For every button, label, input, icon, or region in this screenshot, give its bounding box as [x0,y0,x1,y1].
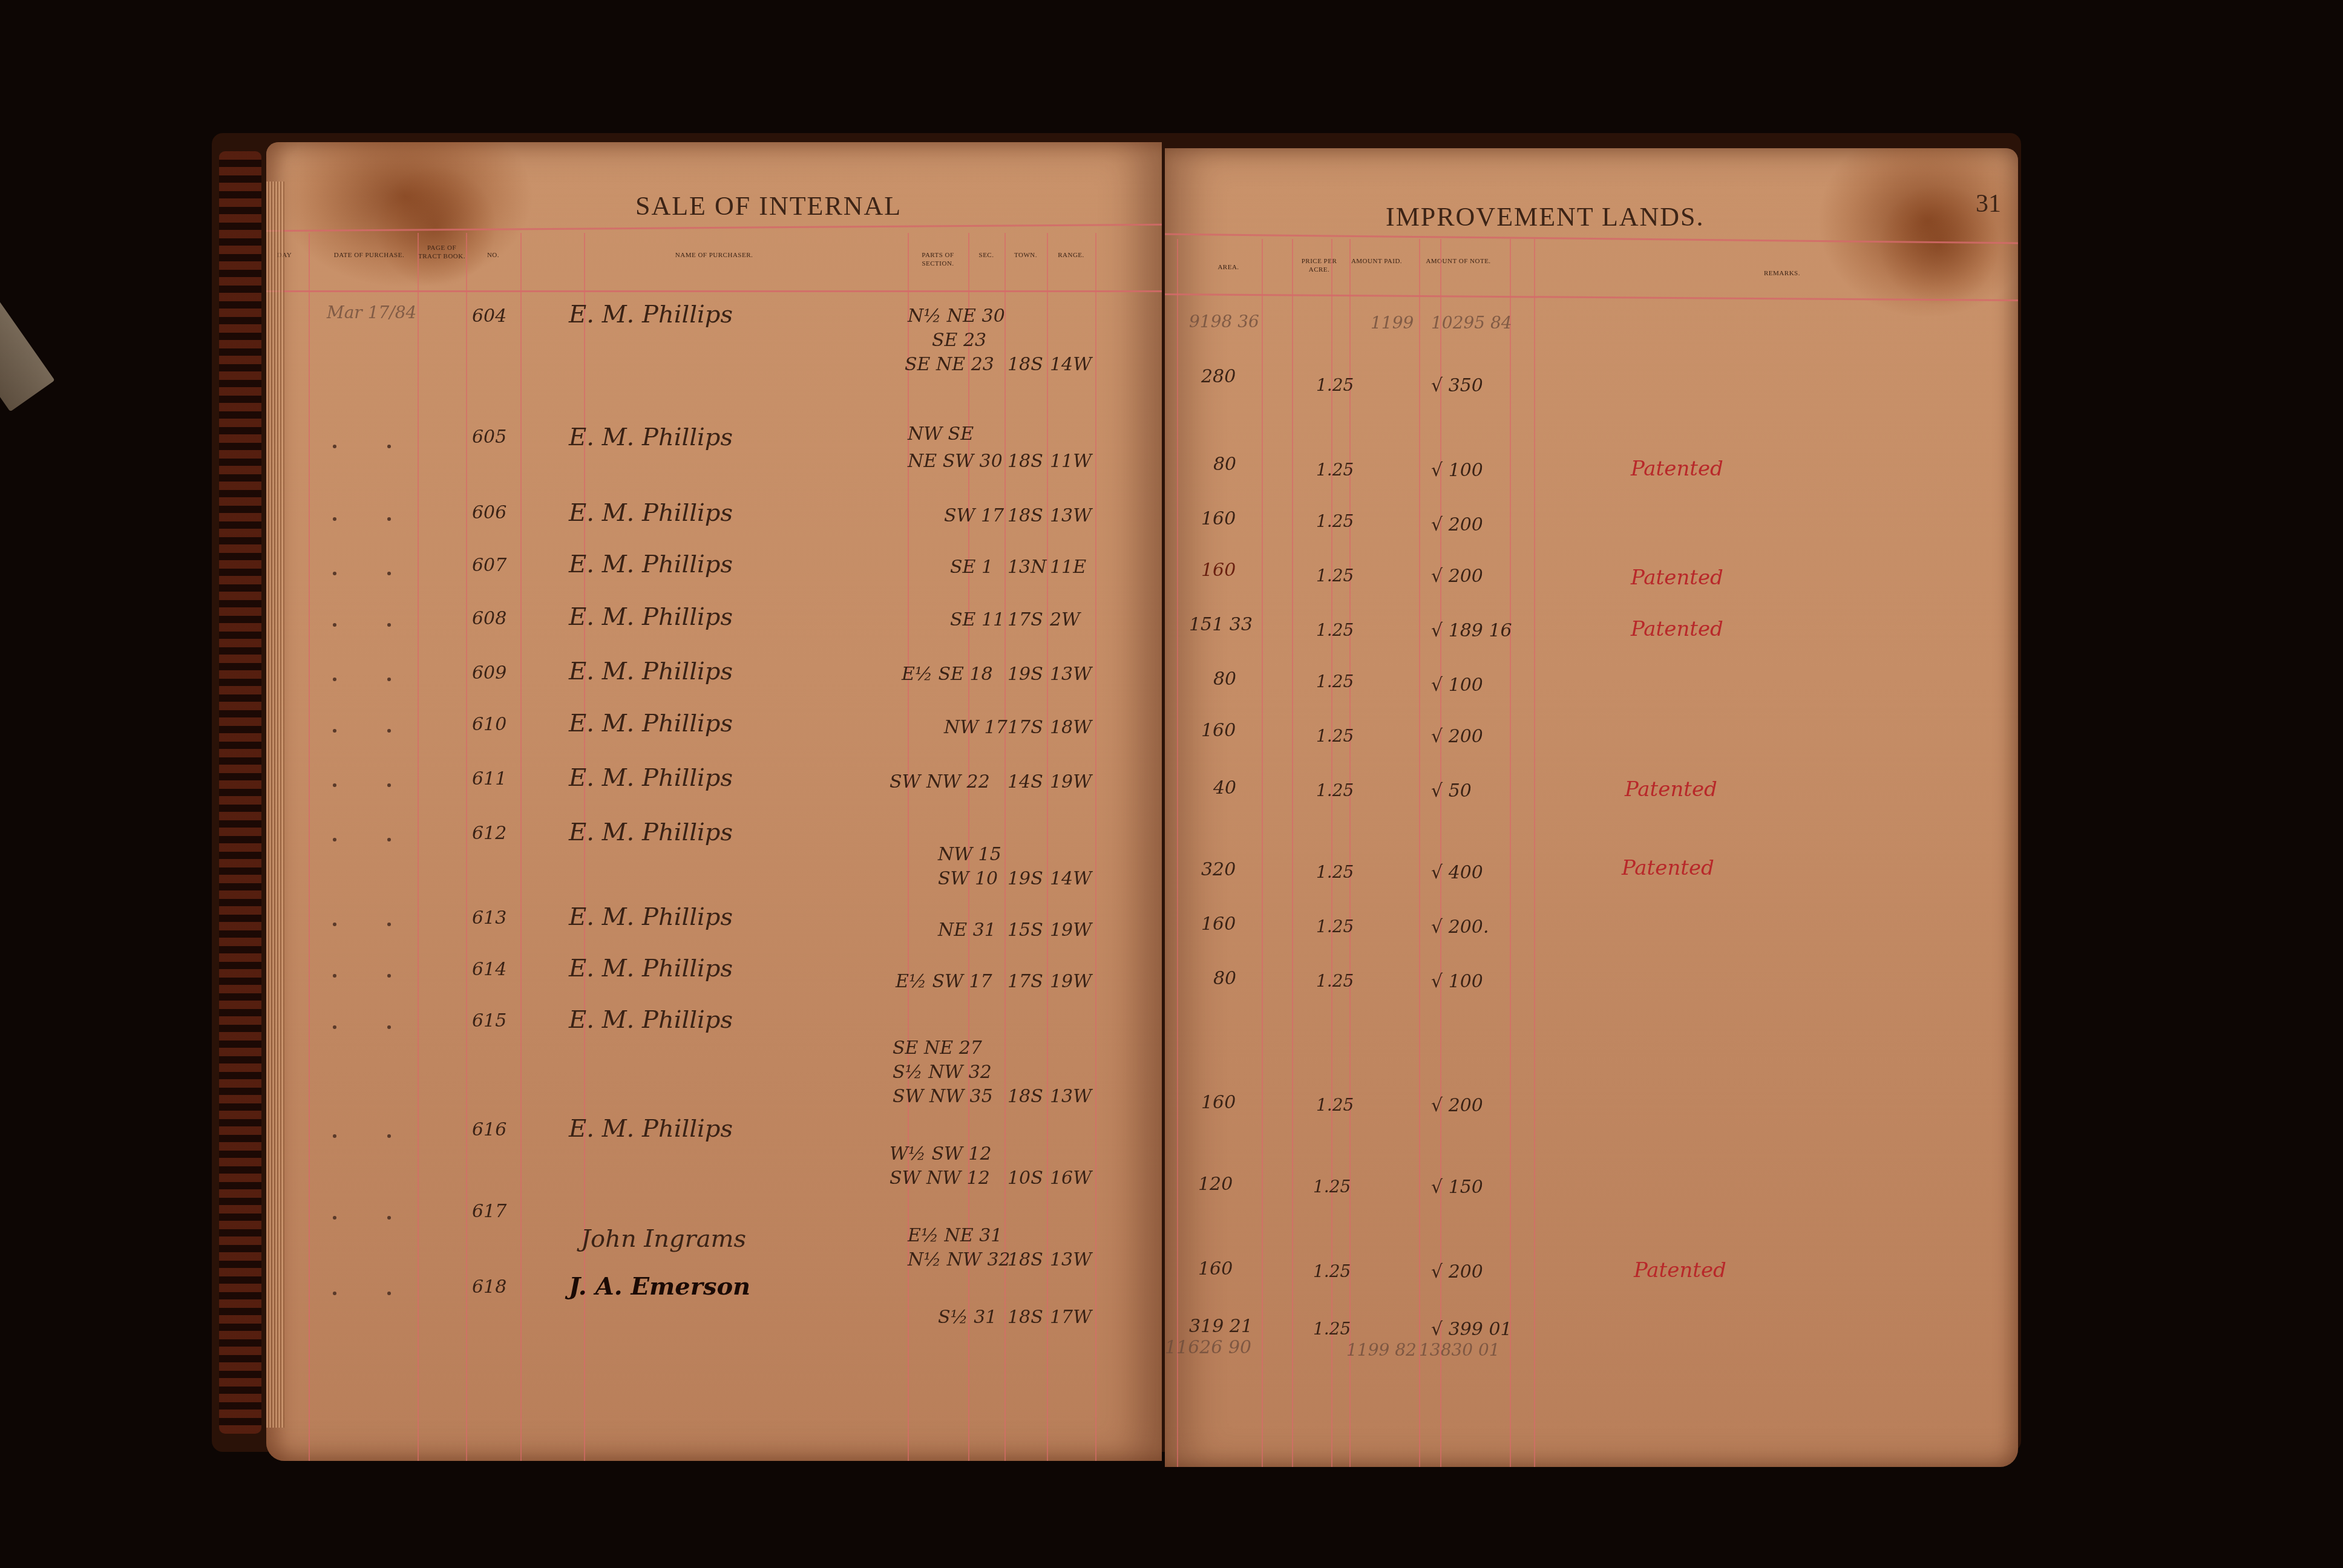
page-marker-strip [0,296,55,412]
purchaser-name: J. A. Emerson [569,1272,750,1301]
town: 13N [1008,557,1046,578]
town: 17S [1008,609,1043,630]
purchaser-name: E. M. Phillips [569,955,733,982]
note-amount: √ 400 [1431,862,1483,883]
remark-patented: Patented [1631,457,1723,481]
town: 18S [1008,451,1043,472]
parts-of-section: W½ SW 12 [890,1143,992,1165]
note-amount: √ 100 [1431,460,1483,481]
book-binding [219,151,261,1434]
area: 280 [1201,366,1236,387]
remark-patented: Patented [1622,856,1714,880]
area: 80 [1213,668,1236,690]
entry-no: 608 [472,608,506,629]
entry-no: 610 [472,714,506,735]
range: 14W [1050,868,1092,889]
note-amount: √ 189 16 [1431,620,1512,641]
price-per-acre: 1.25 [1313,1319,1351,1339]
range: 13W [1050,1249,1092,1270]
area: 320 [1201,859,1236,880]
town: 18S [1008,1307,1043,1328]
remark-patented: Patented [1634,1258,1726,1282]
purchaser-name: E. M. Phillips [569,499,733,527]
range: 19W [1050,771,1092,792]
entry-no: 611 [472,768,506,789]
entry-no: 605 [472,426,506,448]
range: 18W [1050,717,1092,738]
page-number: 31 [1976,189,2001,218]
entry-no: 617 [472,1201,506,1222]
col-header-date: Date of Purchase. [321,251,418,260]
parts-of-section: SW NW 22 [890,771,990,792]
col-header-note: Amount of Note. [1419,257,1498,266]
parts-of-section: NE SW 30 [908,451,1003,472]
purchaser-name: E. M. Phillips [569,903,733,931]
remark-patented: Patented [1631,566,1723,590]
total-area: 11626 90 [1165,1337,1251,1358]
price-per-acre: 1.25 [1316,671,1354,691]
parts-of-section: SW NW 35 [893,1086,993,1107]
price-per-acre: 1.25 [1316,726,1354,746]
town: 18S [1008,1086,1043,1107]
town: 18S [1008,505,1043,526]
parts-of-section: SE NE 23 [905,354,994,375]
parts-of-section: SE 1 [950,557,993,578]
parts-of-section: N½ NE 30 [908,305,1005,327]
col-header-remarks: Remarks. [1722,269,1843,278]
carried-paid: 1199 [1371,313,1414,333]
col-header-no: No. [466,251,520,260]
left-page: SALE OF INTERNAL Day Date of Purchase. P… [266,142,1162,1461]
col-header-paid: Amount Paid. [1346,257,1407,266]
price-per-acre: 1.25 [1316,620,1354,640]
range: 19W [1050,920,1092,941]
area: 319 21 [1189,1316,1253,1337]
purchaser-name: E. M. Phillips [569,658,733,685]
entry-date: Mar 17/84 [327,302,416,322]
col-header-area: Area. [1183,263,1274,272]
price-per-acre: 1.25 [1316,375,1354,395]
total-note: 13830 01 [1419,1340,1500,1360]
note-amount: √ 200 [1431,1095,1483,1116]
area: 40 [1213,777,1236,799]
left-page-title: SALE OF INTERNAL [635,191,902,221]
col-header-tract-page: Page of Tract Book. [418,244,466,261]
entry-no: 615 [472,1010,506,1031]
price-per-acre: 1.25 [1316,566,1354,586]
note-amount: √ 200 [1431,1261,1483,1282]
note-amount: √ 200 [1431,566,1483,587]
price-per-acre: 1.25 [1316,511,1354,531]
purchaser-name: E. M. Phillips [569,818,733,846]
parts-of-section: NW SE [908,423,974,445]
range: 2W [1050,609,1080,630]
price-per-acre: 1.25 [1316,1095,1354,1115]
town: 17S [1008,971,1043,992]
parts-of-section: SW NW 12 [890,1168,990,1189]
area: 80 [1213,454,1236,475]
parts-of-section: NW 17 [944,717,1008,738]
header-rule [266,290,1162,292]
area: 151 33 [1189,614,1253,635]
parts-of-section: SE 11 [950,609,1004,630]
col-header-parts: Parts of Section. [908,251,968,268]
note-amount: √ 200 [1431,726,1483,747]
entry-no: 614 [472,959,506,980]
purchaser-name: E. M. Phillips [569,1115,733,1143]
price-per-acre: 1.25 [1313,1177,1351,1197]
right-page-title: IMPROVEMENT LANDS. [1386,201,1705,232]
parts-of-section: E½ SE 18 [902,664,993,685]
col-header-town: Town. [1004,251,1047,260]
area: 160 [1201,1092,1236,1113]
note-amount: √ 150 [1431,1177,1483,1198]
range: 13W [1050,505,1092,526]
parts-of-section: S½ NW 32 [893,1062,992,1083]
note-amount: √ 50 [1431,780,1472,802]
parts-of-section: SE NE 27 [893,1037,982,1059]
col-header-name: Name of Purchaser. [520,251,908,260]
area: 160 [1198,1258,1233,1279]
area: 160 [1201,508,1236,529]
town: 19S [1008,868,1043,889]
entry-no: 613 [472,907,506,929]
area: 160 [1201,720,1236,741]
range: 11W [1050,451,1092,472]
town: 17S [1008,717,1043,738]
area: 160 [1201,560,1236,581]
parts-of-section: S½ 31 [938,1307,997,1328]
price-per-acre: 1.25 [1316,916,1354,936]
range: 14W [1050,354,1092,375]
note-amount: √ 350 [1431,375,1483,396]
parts-of-section: E½ NE 31 [908,1225,1002,1246]
price-per-acre: 1.25 [1316,862,1354,882]
note-amount: √ 399 01 [1431,1319,1512,1340]
purchaser-name: E. M. Phillips [569,423,733,451]
parts-of-section: SE 23 [932,330,986,351]
note-amount: √ 200. [1431,916,1489,938]
note-amount: √ 200 [1431,514,1483,535]
page-edges [266,181,284,1428]
total-paid: 1199 82 [1346,1340,1417,1360]
note-amount: √ 100 [1431,675,1483,696]
range: 13W [1050,1086,1092,1107]
purchaser-name: E. M. Phillips [569,550,733,578]
entry-no: 606 [472,502,506,523]
range: 11E [1050,557,1086,578]
carried-area: 9198 36 [1189,312,1259,332]
town: 19S [1008,664,1043,685]
parts-of-section: N½ NW 32 [908,1249,1011,1270]
purchaser-name: E. M. Phillips [569,710,733,737]
purchaser-name: E. M. Phillips [569,1006,733,1034]
town: 14S [1008,771,1043,792]
note-amount: √ 100 [1431,971,1483,992]
purchaser-name: E. M. Phillips [569,301,733,328]
entry-no: 612 [472,823,506,844]
range: 16W [1050,1168,1092,1189]
entry-no: 604 [472,305,506,327]
range: 17W [1050,1307,1092,1328]
price-per-acre: 1.25 [1316,971,1354,991]
parts-of-section: NW 15 [938,844,1001,865]
parts-of-section: NE 31 [938,920,996,941]
entry-no: 607 [472,555,506,576]
parts-of-section: SW 17 [944,505,1004,526]
col-header-range: Range. [1047,251,1095,260]
area: 80 [1213,968,1236,989]
col-header-price: Price Per Acre. [1292,257,1346,274]
town: 10S [1008,1168,1043,1189]
purchaser-name: E. M. Phillips [569,764,733,792]
range: 13W [1050,664,1092,685]
remark-patented: Patented [1631,617,1723,641]
entry-no: 618 [472,1276,506,1298]
parts-of-section: E½ SW 17 [896,971,992,992]
price-per-acre: 1.25 [1316,460,1354,480]
purchaser-name: E. M. Phillips [569,603,733,631]
price-per-acre: 1.25 [1313,1261,1351,1281]
remark-patented: Patented [1625,777,1717,802]
town: 18S [1008,354,1043,375]
purchaser-name: John Ingrams [581,1225,746,1253]
right-page: IMPROVEMENT LANDS. 31 Area. Price Per Ac… [1165,148,2018,1467]
entry-no: 609 [472,662,506,684]
town: 18S [1008,1249,1043,1270]
range: 19W [1050,971,1092,992]
col-header-sec: Sec. [968,251,1004,260]
entry-no: 616 [472,1119,506,1140]
area: 160 [1201,913,1236,935]
town: 15S [1008,920,1043,941]
parts-of-section: SW 10 [938,868,998,889]
price-per-acre: 1.25 [1316,780,1354,800]
water-stain [375,166,496,287]
area: 120 [1198,1174,1233,1195]
carried-note: 10295 84 [1431,313,1512,333]
